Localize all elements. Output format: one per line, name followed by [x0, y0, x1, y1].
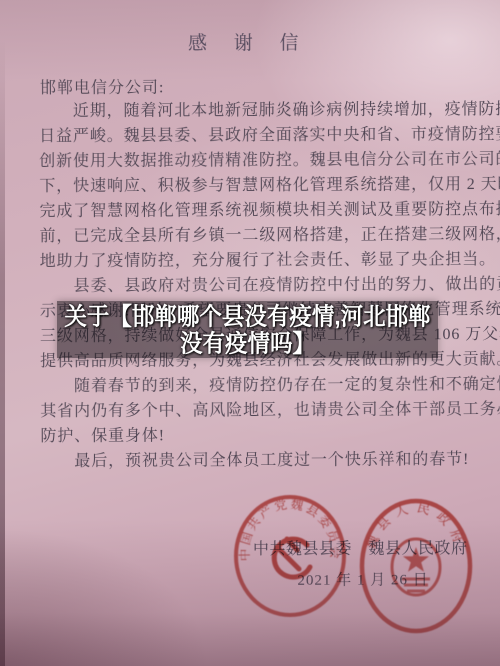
hammer-sickle-icon — [274, 539, 310, 577]
letter-photo: 感 谢 信 邯郸电信分公司: 近期，随着河北本地新冠肺炎确诊病例持续增加，疫情防… — [0, 0, 500, 666]
party-seal: 中国共产党魏县委员会 — [231, 493, 349, 619]
caption-line-1: 关于【邯郸哪个县没有疫情,河北邯郸 — [64, 302, 430, 330]
svg-text:中国共产党魏县委员会: 中国共产党魏县委员会 — [237, 496, 342, 561]
body-line: 防护、保重身体! — [40, 422, 470, 449]
body-line: 其省内仍有多个中、高风险地区，也请贵公司全体干部员工务必加强 — [40, 397, 470, 424]
body-line: 近期，随着河北本地新冠肺炎确诊病例持续增加，疫情防控形势 — [39, 97, 469, 124]
body-line: 创新使用大数据推动疫情精准防控。魏县电信分公司在市公司的领导 — [39, 147, 469, 174]
body-line: 最后，预祝贵公司全体员工度过一个快乐祥和的春节! — [41, 447, 471, 474]
body-line: 日益严峻。魏县县委、县政府全面落实中央和省、市疫情防控要求， — [39, 122, 469, 149]
svg-text:魏县人民政府: 魏县人民政府 — [363, 500, 468, 552]
caption-overlay: 关于【邯郸哪个县没有疫情,河北邯郸 没有疫情吗】 — [57, 301, 438, 358]
body-line: 完成了智慧网格化管理系统视频模块相关测试及重要防控点布控。目 — [39, 197, 469, 224]
letter-title: 感 谢 信 — [0, 27, 499, 56]
star-icon — [403, 547, 429, 572]
letter-salutation: 邯郸电信分公司: — [40, 74, 165, 98]
body-line: 地助力了疫情防控，充分履行了社会责任、彰显了央企担当。 — [40, 247, 470, 274]
gov-seal-ring-text: 魏县人民政府 — [363, 500, 468, 552]
party-seal-ring-text: 中国共产党魏县委员会 — [237, 496, 342, 561]
body-line: 随着春节的到来，疫情防控仍存在一定的复杂性和不确定性，尤 — [40, 372, 470, 399]
caption-line-2: 没有疫情吗】 — [180, 329, 315, 357]
government-seal: 魏县人民政府 — [357, 495, 475, 637]
national-emblem-icon — [392, 539, 440, 595]
body-line: 县委、县政府对贵公司在疫情防控中付出的努力、做出的贡献表 — [40, 272, 470, 299]
body-line: 前，已完成全县所有乡镇一二级网格搭建，正在搭建三级网格，有效 — [40, 222, 470, 249]
letter-body: 近期，随着河北本地新冠肺炎确诊病例持续增加，疫情防控形势 日益严峻。魏县县委、县… — [39, 97, 471, 474]
body-line: 下，快速响应、积极参与智慧网格化管理系统搭建，仅用 2 天时间就 — [39, 172, 469, 199]
